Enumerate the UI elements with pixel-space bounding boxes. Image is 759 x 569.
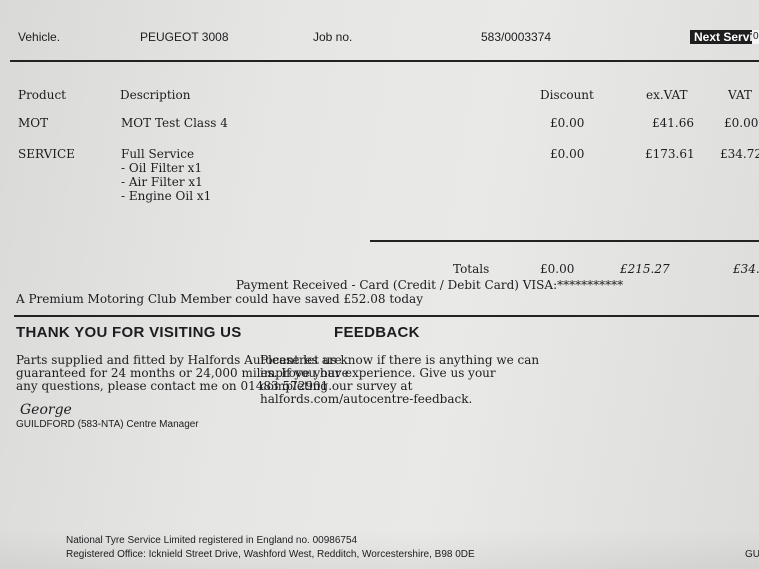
feedback-heading: FEEDBACK	[334, 326, 420, 340]
paper-shadow	[0, 529, 759, 569]
col-discount: Discount	[540, 88, 594, 102]
header-divider	[10, 60, 759, 62]
vehicle-value: PEUGEOT 3008	[140, 30, 229, 44]
job-number-value: 583/0003374	[481, 30, 551, 44]
totals-ex-vat: £215.27	[620, 262, 670, 276]
row-discount: £0.00	[550, 116, 584, 130]
row-sub-item: - Oil Filter x1	[121, 161, 202, 175]
col-description: Description	[120, 88, 190, 102]
row-ex-vat: £173.61	[645, 147, 695, 161]
premium-saving-note: A Premium Motoring Club Member could hav…	[16, 292, 423, 306]
col-ex-vat: ex.VAT	[646, 88, 688, 102]
payment-received: Payment Received - Card (Credit / Debit …	[236, 278, 623, 292]
feedback-link: halfords.com/autocentre-feedback.	[260, 393, 472, 406]
next-service-label: Next Service:	[690, 30, 759, 44]
next-service-date: 08/08/20	[752, 30, 759, 44]
section-divider	[14, 315, 759, 317]
row-discount: £0.00	[550, 147, 584, 161]
manager-signature: George	[20, 402, 72, 418]
totals-vat: £34.	[733, 262, 759, 276]
totals-label: Totals	[453, 262, 489, 276]
row-sub-item: - Air Filter x1	[121, 175, 203, 189]
row-product: MOT	[18, 116, 48, 130]
receipt-page: Vehicle. PEUGEOT 3008 Job no. 583/000337…	[0, 0, 759, 569]
row-product: SERVICE	[18, 147, 75, 161]
manager-signoff: GUILDFORD (583-NTA) Centre Manager	[16, 418, 199, 432]
vehicle-label: Vehicle.	[18, 30, 60, 44]
row-vat: £0.00	[724, 116, 758, 130]
col-vat: VAT	[728, 88, 752, 102]
thank-you-heading: THANK YOU FOR VISITING US	[16, 326, 242, 340]
col-product: Product	[18, 88, 66, 102]
row-vat: £34.72	[720, 147, 759, 161]
totals-divider	[370, 240, 759, 242]
row-description: MOT Test Class 4	[121, 116, 228, 130]
row-description: Full Service	[121, 147, 194, 161]
row-sub-item: - Engine Oil x1	[121, 189, 211, 203]
job-number-label: Job no.	[313, 30, 352, 44]
totals-discount: £0.00	[540, 262, 574, 276]
row-ex-vat: £41.66	[652, 116, 694, 130]
